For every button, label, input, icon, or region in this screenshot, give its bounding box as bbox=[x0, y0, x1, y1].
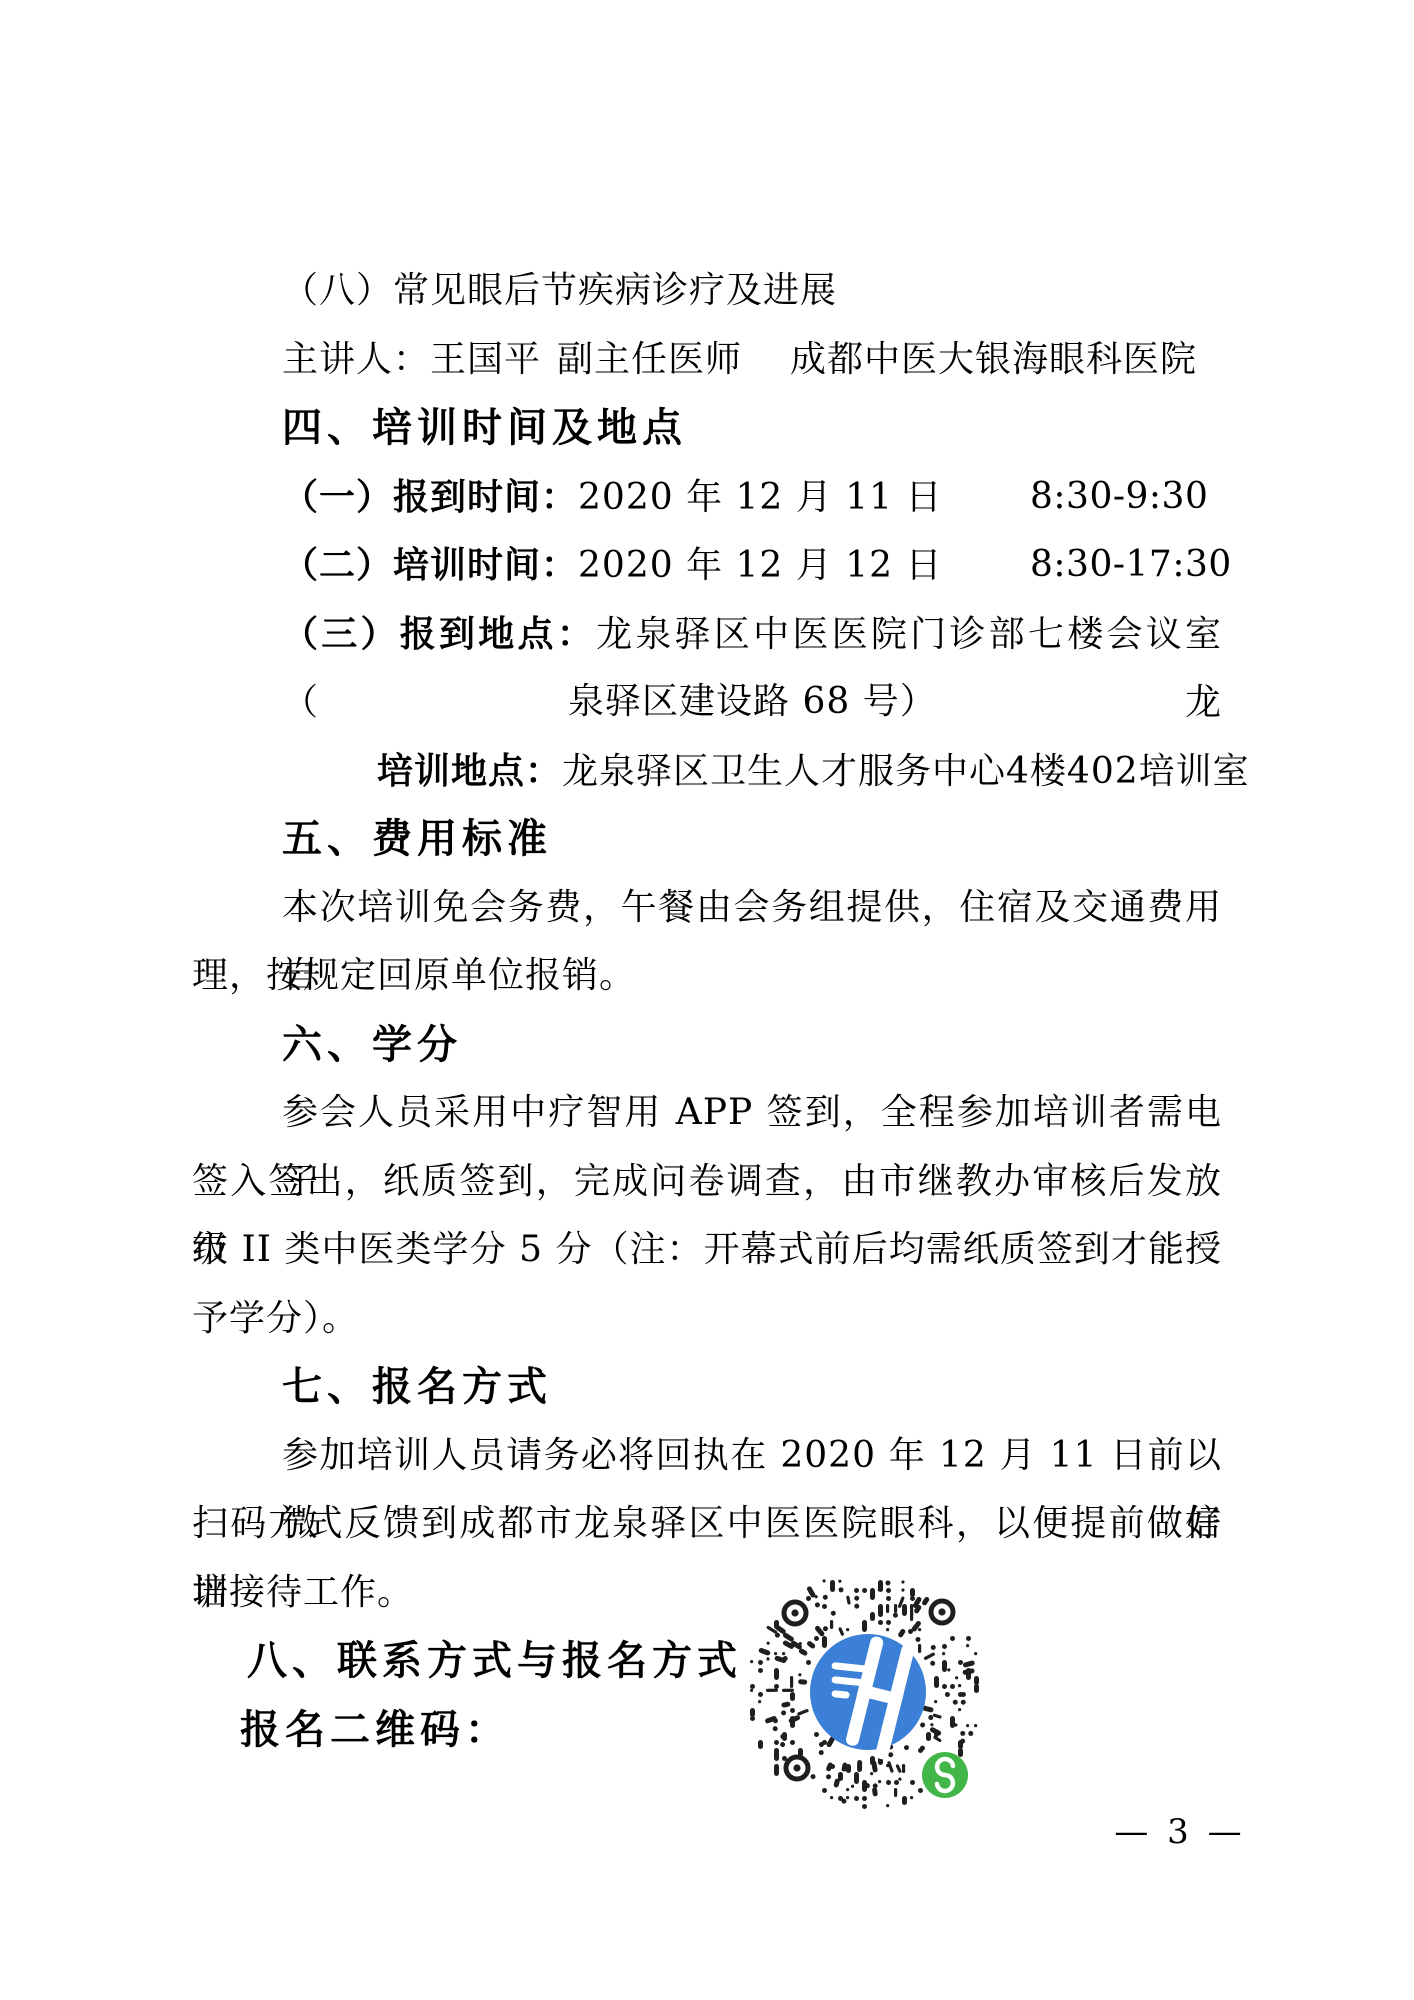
section-8-heading: 八、联系方式与报名方式 bbox=[192, 1627, 1222, 1696]
topic-8-title: （八）常见眼后节疾病诊疗及进展 bbox=[192, 257, 1222, 326]
speaker-label: 主讲人： bbox=[282, 339, 430, 380]
speaker-title: 副主任医师 bbox=[557, 339, 742, 380]
qr-center-logo bbox=[810, 1634, 926, 1761]
training-place-text: 龙泉驿区卫生人才服务中心4楼402培训室 bbox=[562, 751, 1250, 792]
credits-line-1: 参会人员采用中疗智用 APP 签到，全程参加培训者需电子 bbox=[192, 1079, 1222, 1148]
registration-qr-code bbox=[740, 1562, 988, 1825]
fees-line-1: 本次培训免会务费，午餐由会务组提供，住宿及交通费用自 bbox=[192, 874, 1222, 943]
document-page: （八）常见眼后节疾病诊疗及进展 主讲人：王国平副主任医师成都中医大银海眼科医院 … bbox=[0, 0, 1414, 2000]
document-body: （八）常见眼后节疾病诊疗及进展 主讲人：王国平副主任医师成都中医大银海眼科医院 … bbox=[192, 257, 1222, 1764]
checkin-time-label: （一）报到时间： bbox=[282, 476, 578, 518]
speaker-organization: 成都中医大银海眼科医院 bbox=[790, 339, 1197, 380]
credits-line-2: 签入签出，纸质签到，完成问卷调查，由市继教办审核后发放市 bbox=[192, 1148, 1222, 1217]
speaker-line: 主讲人：王国平副主任医师成都中医大银海眼科医院 bbox=[192, 326, 1222, 395]
checkin-time-range: 8:30-9:30 bbox=[1030, 463, 1208, 532]
checkin-place-line: （三）报到地点：龙泉驿区中医医院门诊部七楼会议室（龙 bbox=[192, 600, 1222, 669]
training-place-line: 培训地点：龙泉驿区卫生人才服务中心4楼402培训室 bbox=[192, 737, 1222, 806]
section-7-heading: 七、报名方式 bbox=[192, 1353, 1222, 1422]
training-time-label: （二）培训时间： bbox=[282, 544, 578, 586]
speaker-name: 王国平 bbox=[430, 339, 541, 380]
credits-line-3: 级 II 类中医类学分 5 分（注：开幕式前后均需纸质签到才能授 bbox=[192, 1216, 1222, 1285]
qr-badge-icon bbox=[922, 1752, 968, 1798]
section-4-heading: 四、培训时间及地点 bbox=[192, 394, 1222, 463]
registration-line-2: 扫码方式反馈到成都市龙泉驿区中医医院眼科，以便提前做好培 bbox=[192, 1490, 1222, 1559]
registration-line-3: 训接待工作。 bbox=[192, 1559, 1222, 1628]
page-number: — 3 — bbox=[1095, 1810, 1265, 1854]
training-time-range: 8:30-17:30 bbox=[1030, 531, 1232, 600]
section-5-heading: 五、费用标准 bbox=[192, 805, 1222, 874]
checkin-place-continuation: 泉驿区建设路 68 号） bbox=[192, 668, 1222, 737]
training-place-label: 培训地点： bbox=[377, 750, 562, 792]
training-date: 2020 年 12 月 12 日 bbox=[578, 545, 942, 586]
qr-caption: 报名二维码： bbox=[192, 1696, 1222, 1765]
checkin-time-line: （一）报到时间：2020 年 12 月 11 日 8:30-9:30 bbox=[192, 463, 1222, 532]
fees-line-2: 理，按规定回原单位报销。 bbox=[192, 942, 1222, 1011]
registration-line-1: 参加培训人员请务必将回执在 2020 年 12 月 11 日前以微信 bbox=[192, 1422, 1222, 1491]
credits-line-4: 予学分）。 bbox=[192, 1285, 1222, 1354]
checkin-place-label: （三）报到地点： bbox=[282, 613, 596, 655]
checkin-date: 2020 年 12 月 11 日 bbox=[578, 477, 942, 518]
training-time-line: （二）培训时间：2020 年 12 月 12 日 8:30-17:30 bbox=[192, 531, 1222, 600]
section-6-heading: 六、学分 bbox=[192, 1011, 1222, 1080]
